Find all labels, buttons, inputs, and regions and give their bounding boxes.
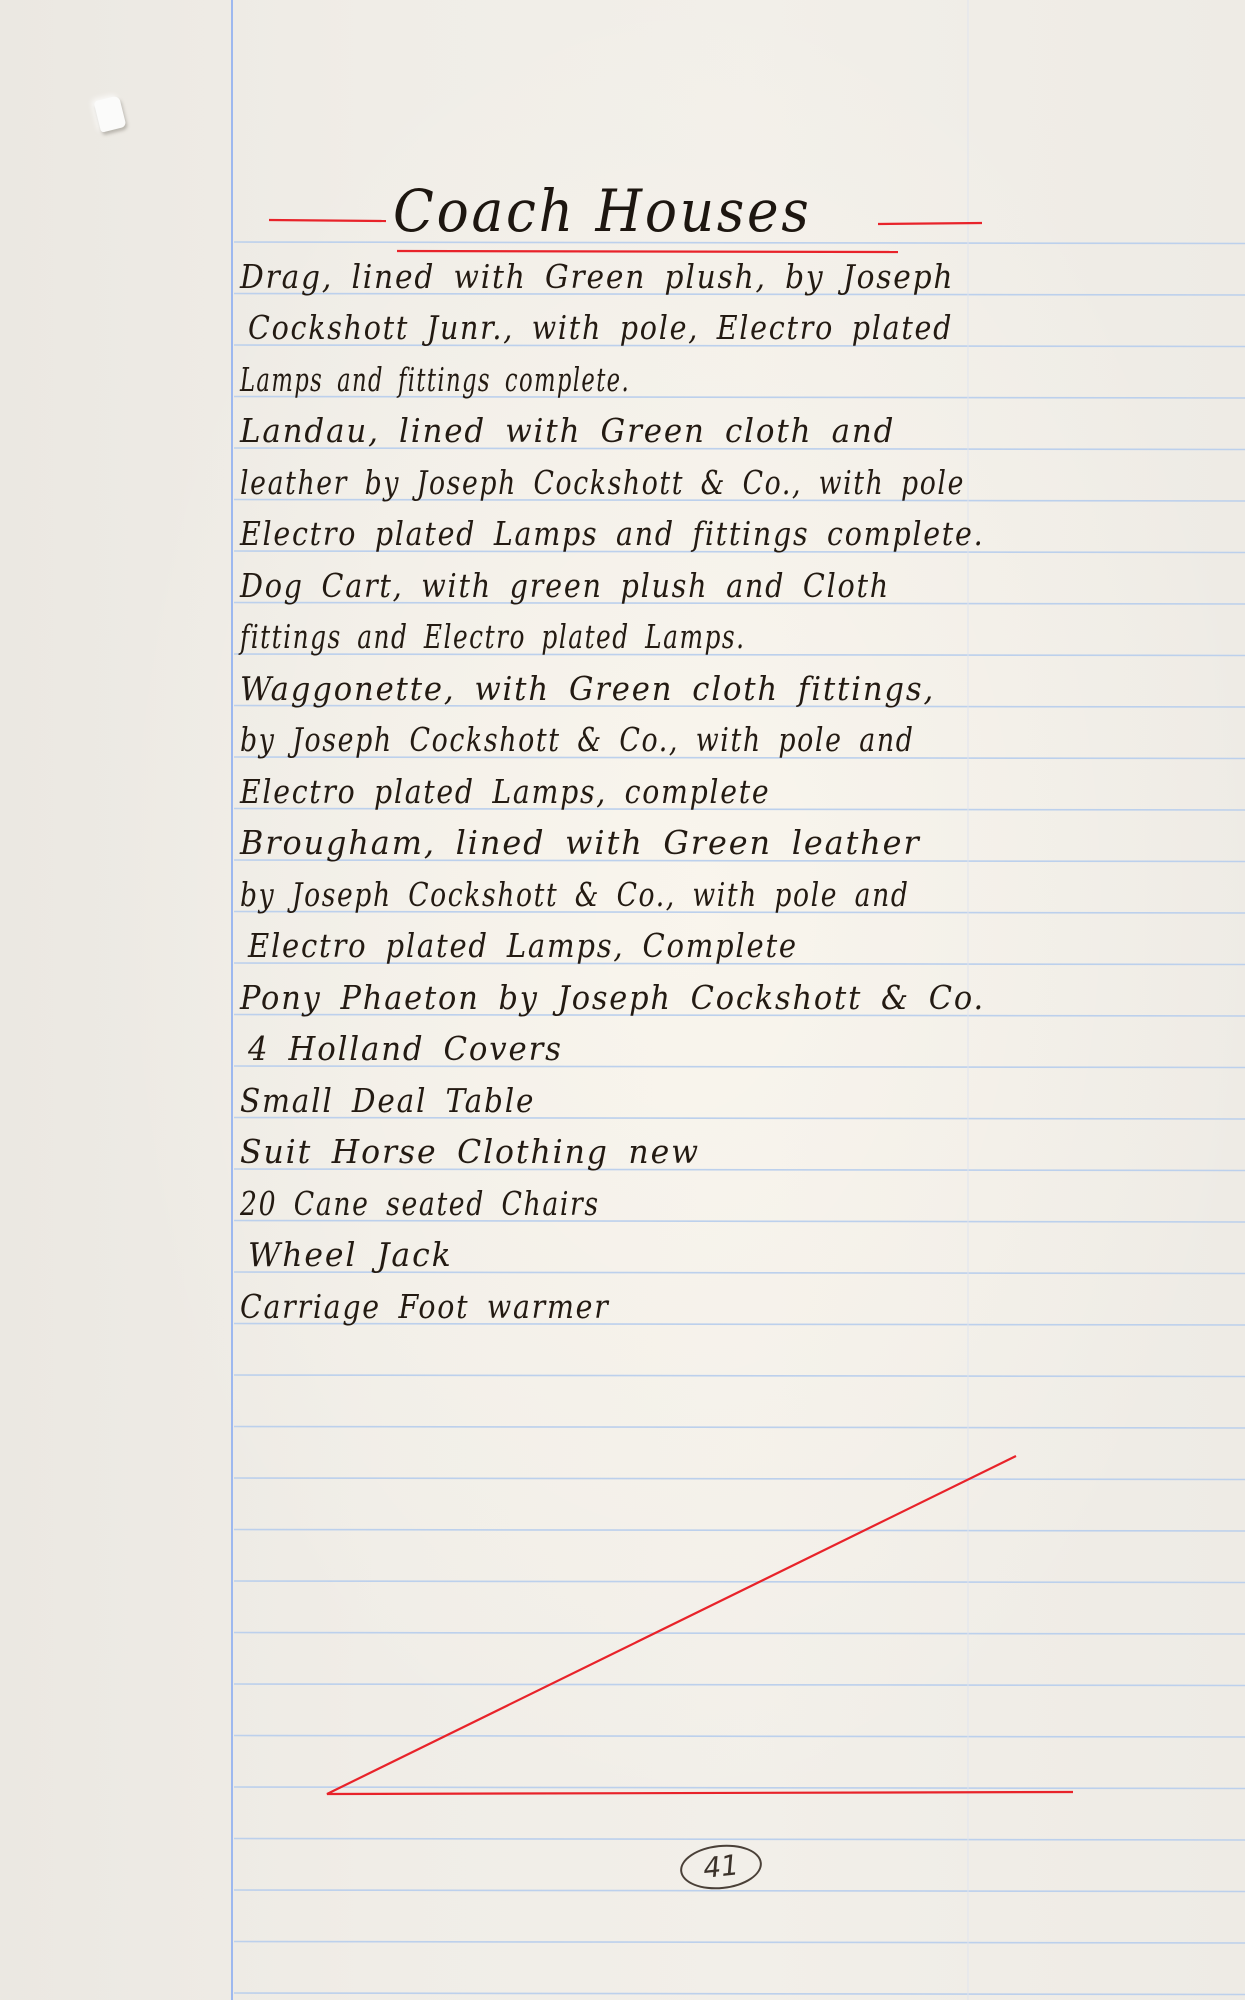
red-closing-triangle bbox=[0, 0, 1245, 2000]
